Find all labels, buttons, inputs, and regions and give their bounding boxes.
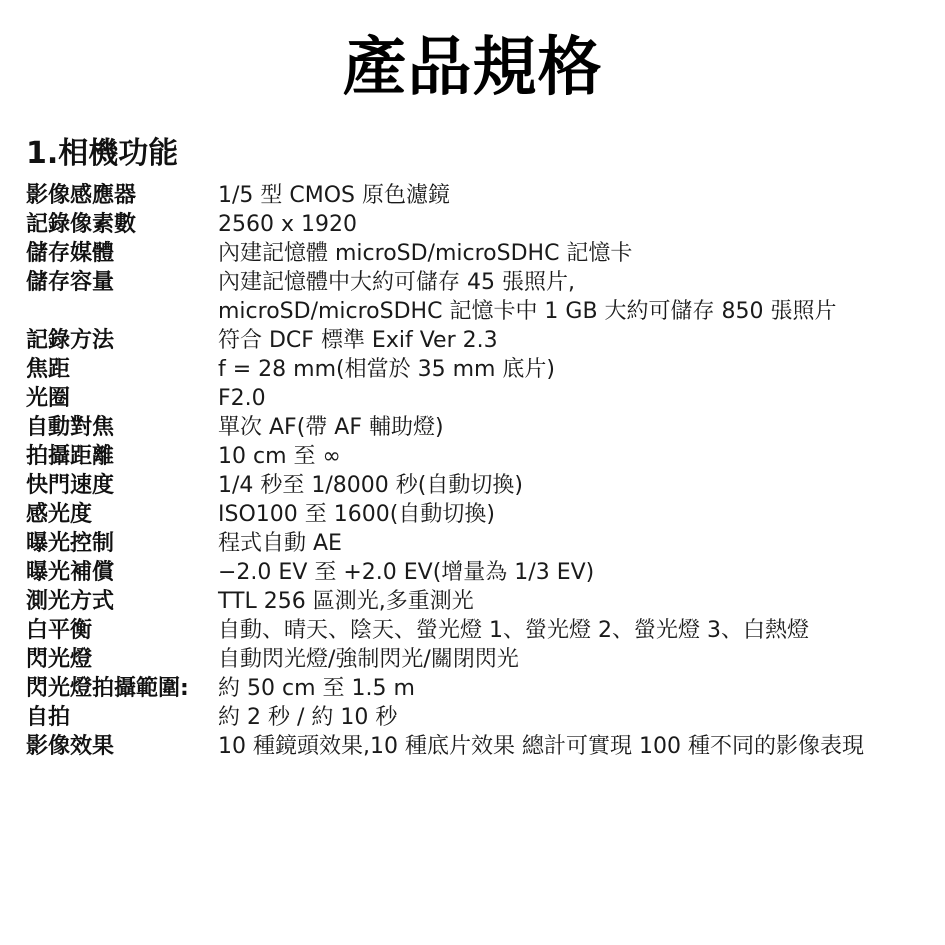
spec-label: 拍攝距離 [26, 442, 218, 471]
spec-label: 自動對焦 [26, 413, 218, 442]
spec-row-image-sensor: 影像感應器 1/5 型 CMOS 原色濾鏡 [26, 181, 926, 210]
spec-label: 記錄方法 [26, 326, 218, 355]
spec-value-line: −2.0 EV 至 +2.0 EV(增量為 1/3 EV) [218, 558, 926, 587]
spec-label: 曝光控制 [26, 529, 218, 558]
spec-table: 影像感應器 1/5 型 CMOS 原色濾鏡 記錄像素數 2560 x 1920 … [26, 181, 926, 761]
spec-value: 1/5 型 CMOS 原色濾鏡 [218, 181, 926, 210]
spec-row-storage-capacity: 儲存容量 內建記憶體中大約可儲存 45 張照片, microSD/microSD… [26, 268, 926, 326]
spec-value-line: 10 種鏡頭效果,10 種底片效果 總計可實現 100 種不同的影像表現 [218, 732, 926, 761]
spec-value: 10 cm 至 ∞ [218, 442, 926, 471]
spec-value-line: microSD/microSDHC 記憶卡中 1 GB 大約可儲存 850 張照… [218, 297, 926, 326]
spec-label: 測光方式 [26, 587, 218, 616]
spec-value: 自動、晴天、陰天、螢光燈 1、螢光燈 2、螢光燈 3、白熱燈 [218, 616, 926, 645]
spec-value-line: TTL 256 區測光,多重測光 [218, 587, 926, 616]
spec-row-iso-sensitivity: 感光度 ISO100 至 1600(自動切換) [26, 500, 926, 529]
spec-value: F2.0 [218, 384, 926, 413]
spec-value-line: 內建記憶體中大約可儲存 45 張照片, [218, 268, 926, 297]
spec-row-flash: 閃光燈 自動閃光燈/強制閃光/關閉閃光 [26, 645, 926, 674]
spec-value-line: 單次 AF(帶 AF 輔助燈) [218, 413, 926, 442]
spec-row-shooting-distance: 拍攝距離 10 cm 至 ∞ [26, 442, 926, 471]
spec-value: 1/4 秒至 1/8000 秒(自動切換) [218, 471, 926, 500]
spec-row-self-timer: 自拍 約 2 秒 / 約 10 秒 [26, 703, 926, 732]
spec-value-line: 2560 x 1920 [218, 210, 926, 239]
spec-value: 單次 AF(帶 AF 輔助燈) [218, 413, 926, 442]
spec-value: 內建記憶體 microSD/microSDHC 記憶卡 [218, 239, 926, 268]
spec-label: 白平衡 [26, 616, 218, 645]
spec-value-line: ISO100 至 1600(自動切換) [218, 500, 926, 529]
spec-label: 感光度 [26, 500, 218, 529]
spec-value-line: F2.0 [218, 384, 926, 413]
spec-value: 內建記憶體中大約可儲存 45 張照片, microSD/microSDHC 記憶… [218, 268, 926, 326]
spec-row-focal-length: 焦距 f = 28 mm(相當於 35 mm 底片) [26, 355, 926, 384]
spec-label: 自拍 [26, 703, 218, 732]
spec-row-exposure-control: 曝光控制 程式自動 AE [26, 529, 926, 558]
spec-label: 閃光燈拍攝範圍: [26, 674, 218, 703]
spec-value: 10 種鏡頭效果,10 種底片效果 總計可實現 100 種不同的影像表現 [218, 732, 926, 761]
spec-row-image-effects: 影像效果 10 種鏡頭效果,10 種底片效果 總計可實現 100 種不同的影像表… [26, 732, 926, 761]
spec-row-recording-method: 記錄方法 符合 DCF 標準 Exif Ver 2.3 [26, 326, 926, 355]
spec-value-line: 約 2 秒 / 約 10 秒 [218, 703, 926, 732]
spec-value: 程式自動 AE [218, 529, 926, 558]
spec-value-line: 10 cm 至 ∞ [218, 442, 926, 471]
spec-row-flash-range: 閃光燈拍攝範圍: 約 50 cm 至 1.5 m [26, 674, 926, 703]
spec-value: 約 50 cm 至 1.5 m [218, 674, 926, 703]
spec-value-line: 內建記憶體 microSD/microSDHC 記憶卡 [218, 239, 926, 268]
spec-label: 影像感應器 [26, 181, 218, 210]
spec-label: 儲存容量 [26, 268, 218, 297]
spec-row-aperture: 光圈 F2.0 [26, 384, 926, 413]
spec-row-shutter-speed: 快門速度 1/4 秒至 1/8000 秒(自動切換) [26, 471, 926, 500]
spec-row-autofocus: 自動對焦 單次 AF(帶 AF 輔助燈) [26, 413, 926, 442]
spec-label: 閃光燈 [26, 645, 218, 674]
spec-label: 快門速度 [26, 471, 218, 500]
spec-label: 曝光補償 [26, 558, 218, 587]
spec-value-line: 程式自動 AE [218, 529, 926, 558]
spec-row-storage-media: 儲存媒體 內建記憶體 microSD/microSDHC 記憶卡 [26, 239, 926, 268]
spec-value: 約 2 秒 / 約 10 秒 [218, 703, 926, 732]
spec-value: 自動閃光燈/強制閃光/關閉閃光 [218, 645, 926, 674]
spec-value-line: 1/4 秒至 1/8000 秒(自動切換) [218, 471, 926, 500]
spec-value-line: 自動閃光燈/強制閃光/關閉閃光 [218, 645, 926, 674]
spec-value-line: 符合 DCF 標準 Exif Ver 2.3 [218, 326, 926, 355]
spec-value: ISO100 至 1600(自動切換) [218, 500, 926, 529]
spec-row-exposure-compensation: 曝光補償 −2.0 EV 至 +2.0 EV(增量為 1/3 EV) [26, 558, 926, 587]
spec-value: 符合 DCF 標準 Exif Ver 2.3 [218, 326, 926, 355]
spec-row-metering-mode: 測光方式 TTL 256 區測光,多重測光 [26, 587, 926, 616]
spec-value: 2560 x 1920 [218, 210, 926, 239]
spec-value-line: f = 28 mm(相當於 35 mm 底片) [218, 355, 926, 384]
spec-label: 焦距 [26, 355, 218, 384]
spec-value: TTL 256 區測光,多重測光 [218, 587, 926, 616]
spec-value-line: 約 50 cm 至 1.5 m [218, 674, 926, 703]
spec-value: −2.0 EV 至 +2.0 EV(增量為 1/3 EV) [218, 558, 926, 587]
spec-label: 記錄像素數 [26, 210, 218, 239]
spec-value-line: 自動、晴天、陰天、螢光燈 1、螢光燈 2、螢光燈 3、白熱燈 [218, 616, 926, 645]
spec-row-white-balance: 白平衡 自動、晴天、陰天、螢光燈 1、螢光燈 2、螢光燈 3、白熱燈 [26, 616, 926, 645]
page-title: 產品規格 [0, 28, 945, 108]
spec-label: 影像效果 [26, 732, 218, 761]
spec-row-recording-pixels: 記錄像素數 2560 x 1920 [26, 210, 926, 239]
spec-value: f = 28 mm(相當於 35 mm 底片) [218, 355, 926, 384]
spec-value-line: 1/5 型 CMOS 原色濾鏡 [218, 181, 926, 210]
spec-label: 光圈 [26, 384, 218, 413]
section-heading: 1.相機功能 [26, 134, 178, 174]
spec-label: 儲存媒體 [26, 239, 218, 268]
